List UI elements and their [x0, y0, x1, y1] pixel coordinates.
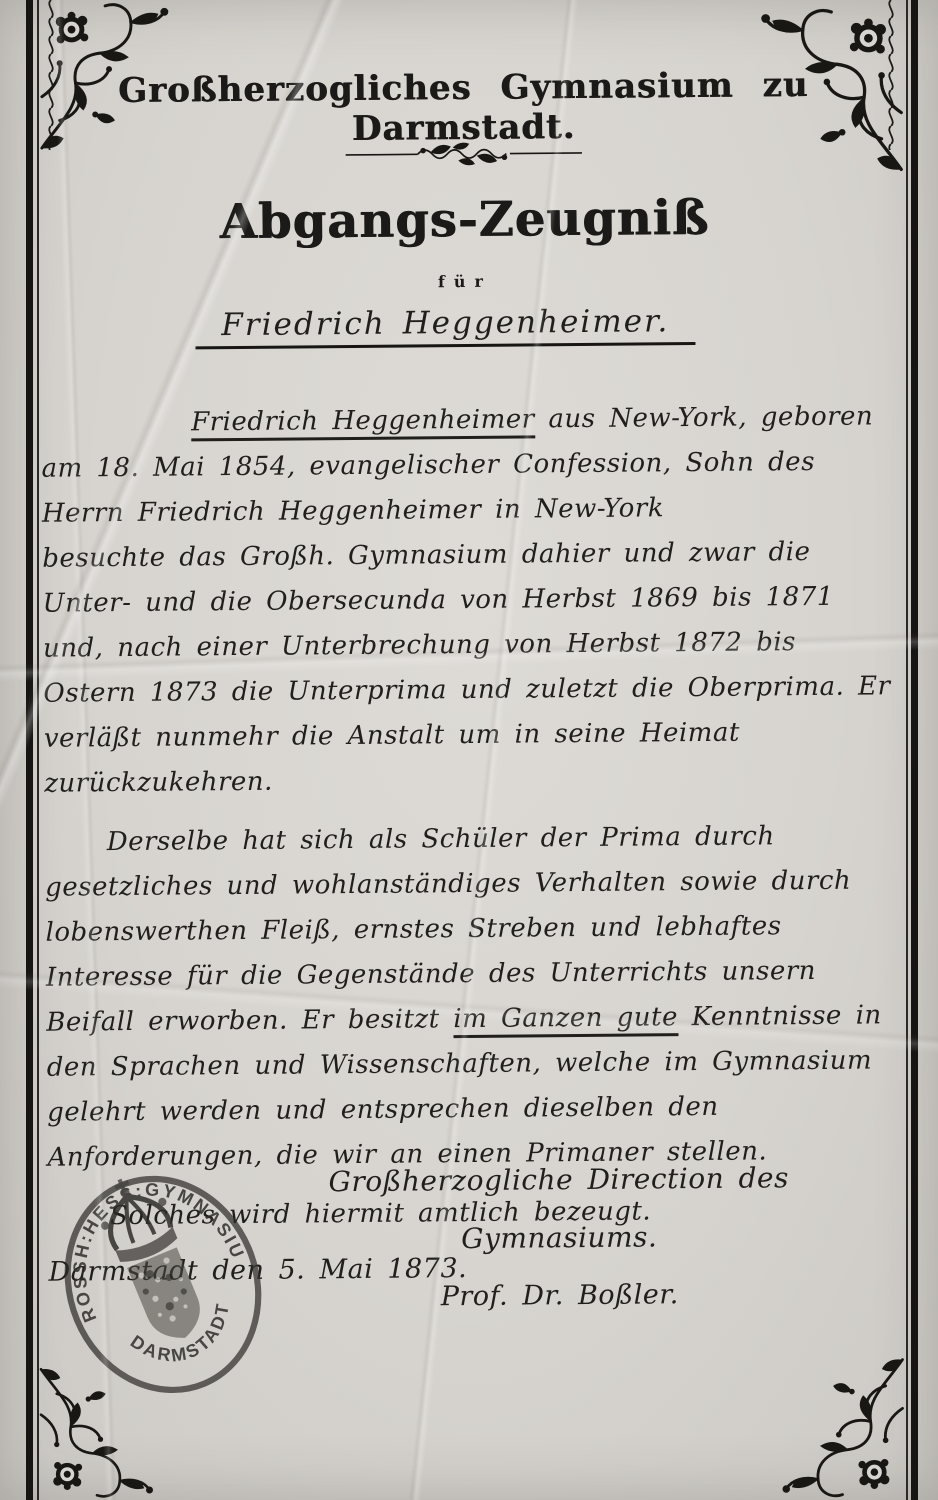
document-title: Abgangs-Zeugniß [55, 188, 873, 251]
student-name-line: Friedrich Heggenheimer. [0, 301, 894, 351]
student-name-inline: Friedrich Heggenheimer [191, 404, 535, 441]
for-label: für [56, 268, 874, 294]
document-page: Großherzogliches Gymnasium zu Darmstadt.… [0, 0, 938, 1500]
paragraph-3: Derselbe hat sich als Schüler der Prima … [45, 813, 904, 1180]
student-name: Friedrich Heggenheimer. [195, 303, 695, 349]
document-content: Großherzogliches Gymnasium zu Darmstadt.… [0, 0, 938, 1500]
signature-institution: Großherzogliche Direction des Gymnasiums… [244, 1148, 875, 1269]
signature-name: Prof. Dr. Boßler. [245, 1264, 875, 1327]
grade-phrase-underlined: im Ganzen gute [453, 1002, 678, 1038]
leaf-flourish-divider-icon [344, 137, 584, 169]
paragraph-1: Friedrich Heggenheimer aus New-York, geb… [41, 394, 898, 536]
signature-block: Großherzogliche Direction des Gymnasiums… [244, 1148, 875, 1327]
paragraph-2: besuchte das Großh. Gymnasium dahier und… [42, 529, 900, 806]
